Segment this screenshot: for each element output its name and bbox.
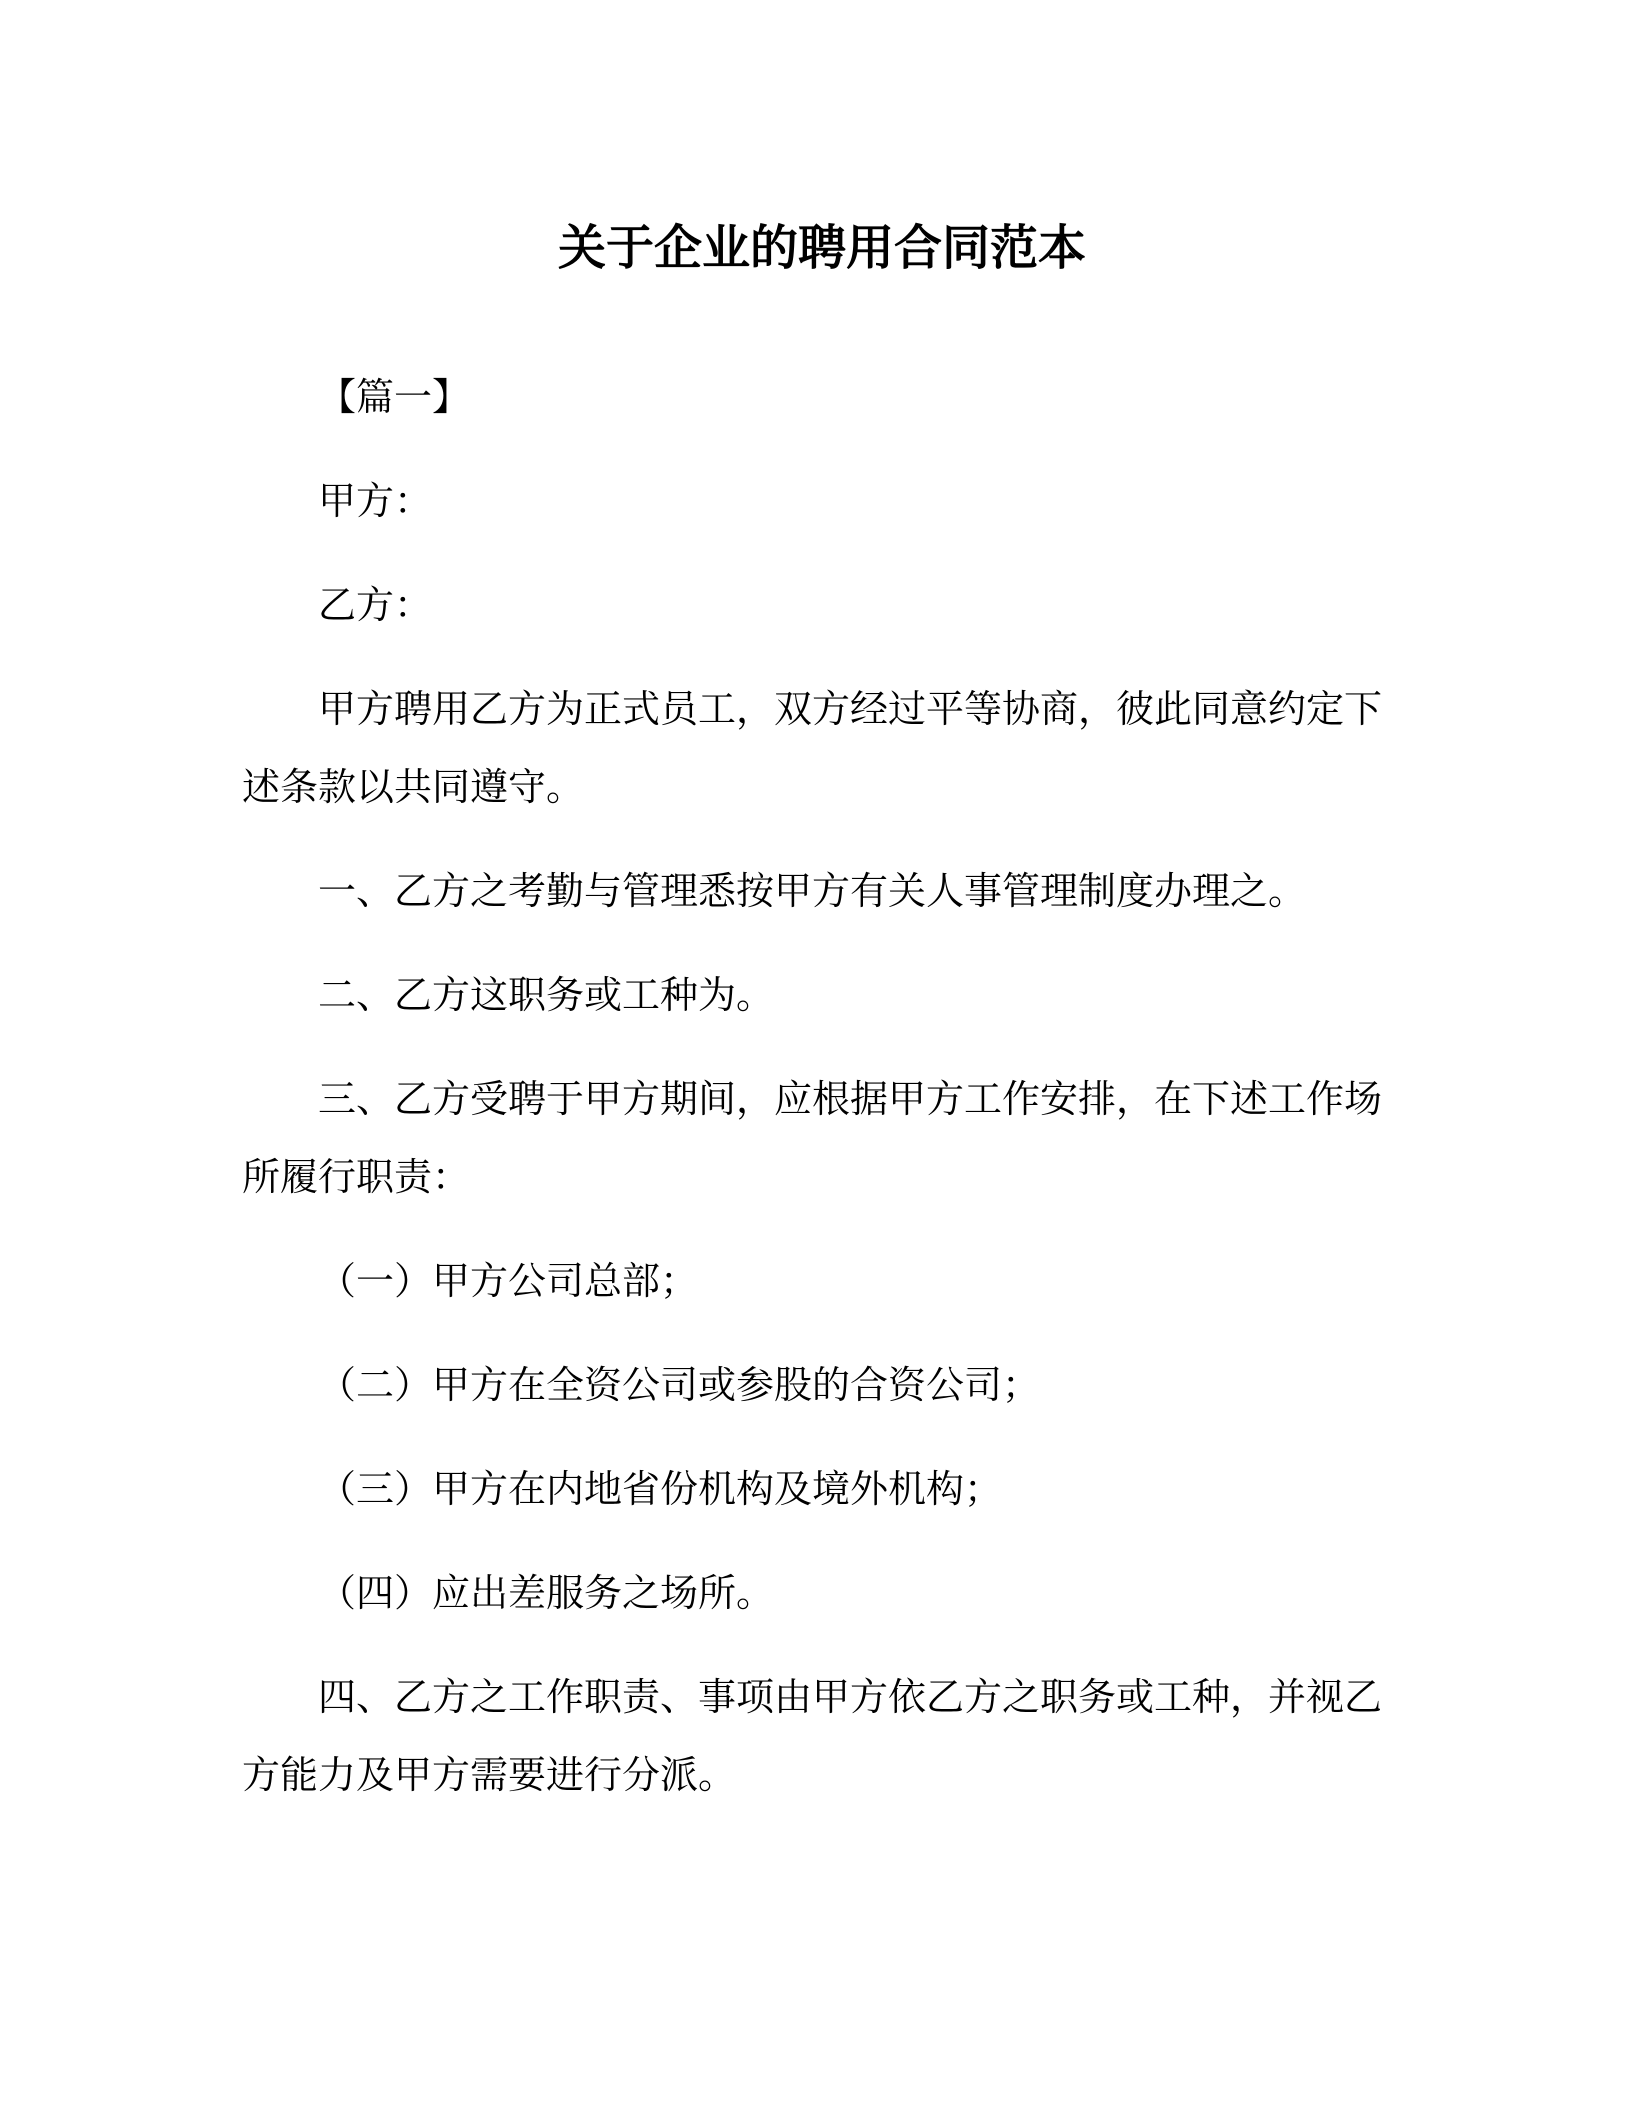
paragraph-11: （四）应出差服务之场所。 xyxy=(242,1555,1402,1633)
paragraph-4: 甲方聘用乙方为正式员工，双方经过平等协商，彼此同意约定下述条款以共同遵守。 xyxy=(242,671,1402,827)
paragraph-6: 二、乙方这职务或工种为。 xyxy=(242,957,1402,1035)
paragraph-5: 一、乙方之考勤与管理悉按甲方有关人事管理制度办理之。 xyxy=(242,853,1402,931)
paragraph-11-line-1: （四）应出差服务之场所。 xyxy=(242,1555,1402,1633)
paragraph-10: （三）甲方在内地省份机构及境外机构； xyxy=(242,1451,1402,1529)
paragraph-12-line-1: 四、乙方之工作职责、事项由甲方依乙方之职务或工种，并视乙 xyxy=(242,1659,1402,1737)
paragraph-10-line-1: （三）甲方在内地省份机构及境外机构； xyxy=(242,1451,1402,1529)
paragraph-list: 【篇一】甲方：乙方：甲方聘用乙方为正式员工，双方经过平等协商，彼此同意约定下述条… xyxy=(242,359,1402,1815)
paragraph-2-line-1: 甲方： xyxy=(242,463,1402,541)
paragraph-4-line-1: 甲方聘用乙方为正式员工，双方经过平等协商，彼此同意约定下 xyxy=(242,671,1402,749)
paragraph-5-line-1: 一、乙方之考勤与管理悉按甲方有关人事管理制度办理之。 xyxy=(242,853,1402,931)
document-content: 关于企业的聘用合同范本 【篇一】甲方：乙方：甲方聘用乙方为正式员工，双方经过平等… xyxy=(0,0,1632,1815)
document-page: 关于企业的聘用合同范本 【篇一】甲方：乙方：甲方聘用乙方为正式员工，双方经过平等… xyxy=(0,0,1632,2112)
paragraph-8: （一）甲方公司总部； xyxy=(242,1243,1402,1321)
document-title: 关于企业的聘用合同范本 xyxy=(242,221,1402,277)
paragraph-1: 【篇一】 xyxy=(242,359,1402,437)
paragraph-12: 四、乙方之工作职责、事项由甲方依乙方之职务或工种，并视乙方能力及甲方需要进行分派… xyxy=(242,1659,1402,1815)
paragraph-9-line-1: （二）甲方在全资公司或参股的合资公司； xyxy=(242,1347,1402,1425)
paragraph-8-line-1: （一）甲方公司总部； xyxy=(242,1243,1402,1321)
paragraph-2: 甲方： xyxy=(242,463,1402,541)
paragraph-12-line-2: 方能力及甲方需要进行分派。 xyxy=(242,1737,1402,1815)
paragraph-3-line-1: 乙方： xyxy=(242,567,1402,645)
paragraph-3: 乙方： xyxy=(242,567,1402,645)
paragraph-7: 三、乙方受聘于甲方期间，应根据甲方工作安排，在下述工作场所履行职责： xyxy=(242,1061,1402,1217)
paragraph-7-line-1: 三、乙方受聘于甲方期间，应根据甲方工作安排，在下述工作场 xyxy=(242,1061,1402,1139)
paragraph-4-line-2: 述条款以共同遵守。 xyxy=(242,749,1402,827)
paragraph-9: （二）甲方在全资公司或参股的合资公司； xyxy=(242,1347,1402,1425)
paragraph-1-line-1: 【篇一】 xyxy=(242,359,1402,437)
paragraph-7-line-2: 所履行职责： xyxy=(242,1139,1402,1217)
paragraph-6-line-1: 二、乙方这职务或工种为。 xyxy=(242,957,1402,1035)
